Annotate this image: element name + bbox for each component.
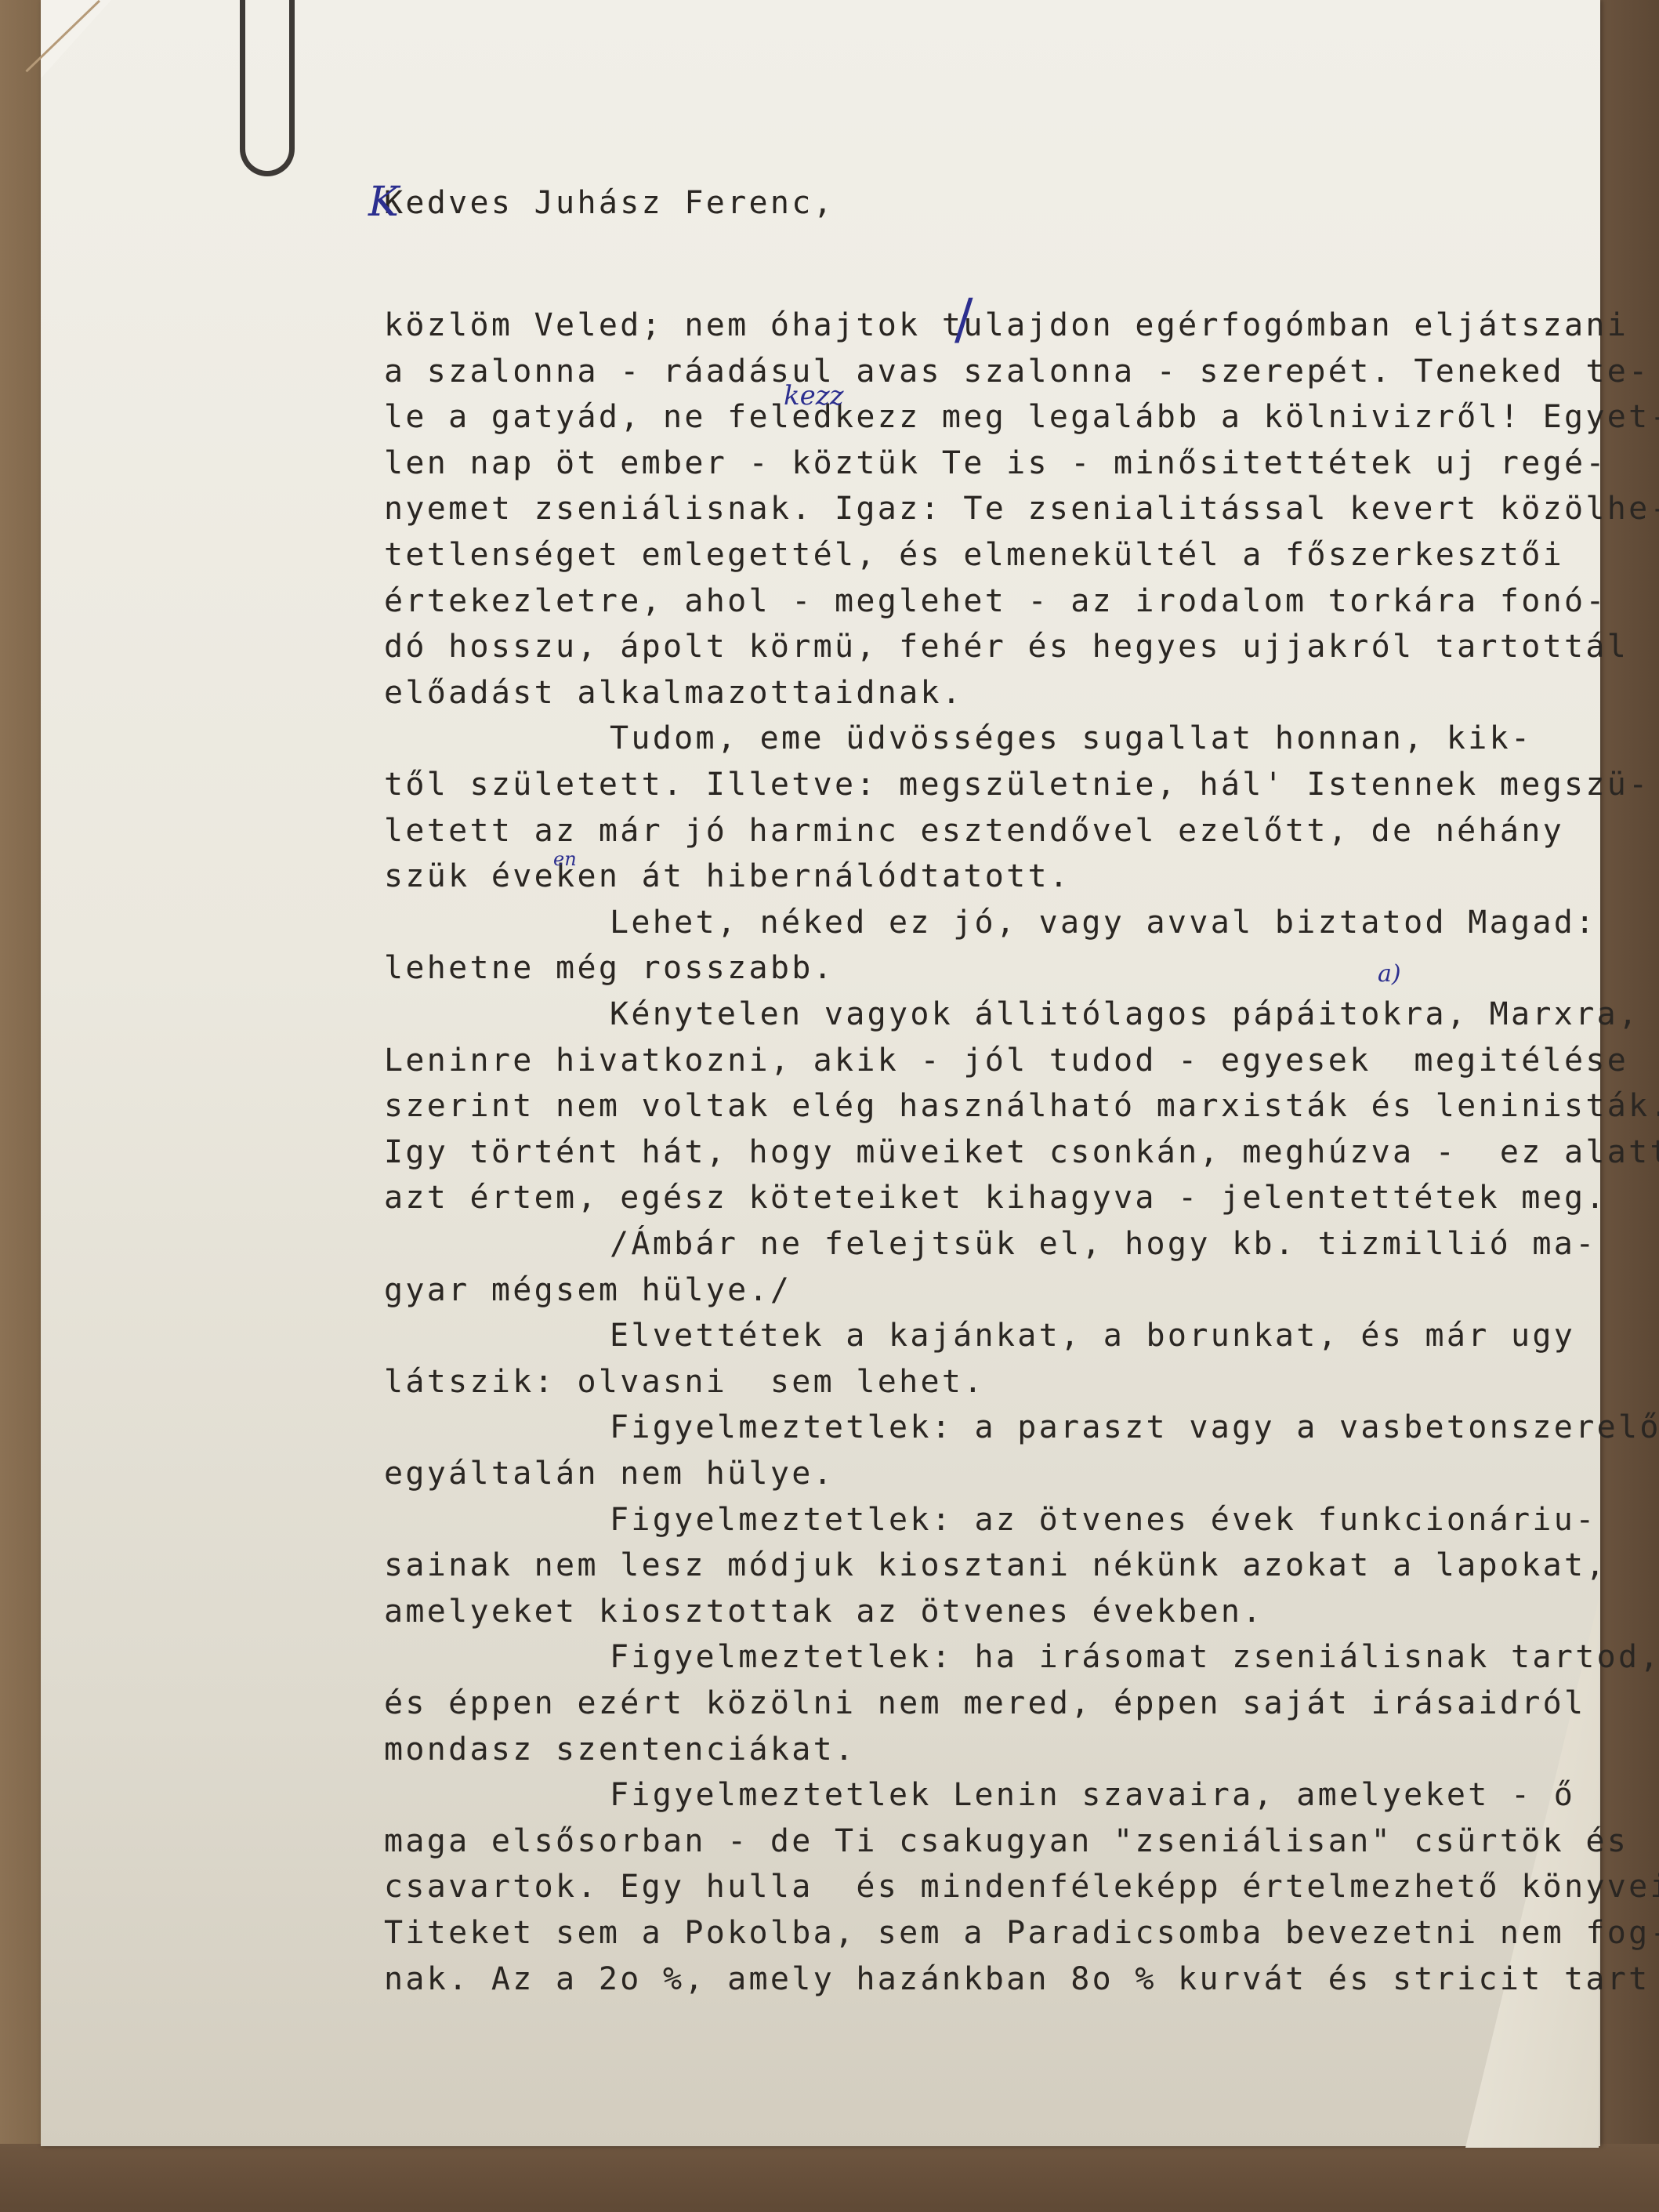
- typed-line: Figyelmeztetlek: ha irásomat zseniálisna…: [610, 1639, 1659, 1675]
- typed-line: egyáltalán nem hülye.: [384, 1456, 835, 1492]
- cardboard-background-bottom: [0, 2144, 1659, 2212]
- typed-line: szerint nem voltak elég használható marx…: [384, 1088, 1659, 1124]
- typed-line: Lehet, néked ez jó, vagy avval biztatod …: [610, 905, 1597, 941]
- handwritten-correction-k: K: [368, 179, 399, 226]
- handwritten-correction-a: a): [1378, 960, 1401, 988]
- typed-line: len nap öt ember - köztük Te is - minősi…: [384, 445, 1607, 481]
- typed-line: Tudom, eme üdvösséges sugallat honnan, k…: [610, 720, 1532, 756]
- typed-line: látszik: olvasni sem lehet.: [384, 1364, 985, 1400]
- typed-line: és éppen ezért közölni nem mered, éppen …: [384, 1685, 1585, 1721]
- typed-line: Titeket sem a Pokolba, sem a Paradicsomb…: [384, 1915, 1659, 1951]
- typed-line: /Ámbár ne felejtsük el, hogy kb. tizmill…: [610, 1226, 1597, 1262]
- typed-line: Elvettétek a kajánkat, a borunkat, és má…: [610, 1318, 1575, 1354]
- typed-line: csavartok. Egy hulla és mindenféleképp é…: [384, 1869, 1659, 1905]
- typed-line: sainak nem lesz módjuk kiosztani nékünk …: [384, 1547, 1607, 1583]
- salutation: Kedves Juhász Ferenc,: [384, 185, 835, 221]
- typed-line: dó hosszu, ápolt körmü, fehér és hegyes …: [384, 629, 1628, 665]
- cardboard-background-left: [0, 0, 47, 2212]
- typed-line: közlöm Veled; nem óhajtok tulajdon egérf…: [384, 307, 1628, 343]
- typed-line: Figyelmeztetlek: a paraszt vagy a vasbet…: [610, 1409, 1659, 1445]
- typed-line: értekezletre, ahol - meglehet - az iroda…: [384, 583, 1607, 619]
- typed-line: le a gatyád, ne feledkezz meg legalább a…: [384, 399, 1659, 435]
- typed-line: maga elsősorban - de Ti csakugyan "zseni…: [384, 1823, 1628, 1859]
- typed-line: azt értem, egész köteteiket kihagyva - j…: [384, 1180, 1607, 1216]
- typed-line: gyar mégsem hülye./: [384, 1272, 791, 1308]
- typed-line: től született. Illetve: megszületnie, há…: [384, 767, 1650, 803]
- typed-line: lehetne még rosszabb.: [384, 950, 835, 986]
- typed-line: a szalonna - ráadásul avas szalonna - sz…: [384, 354, 1650, 390]
- typed-line: tetlenséget emlegettél, és elmenekültél …: [384, 537, 1564, 573]
- typed-line: nyemet zseniálisnak. Igaz: Te zsenialitá…: [384, 491, 1659, 527]
- handwritten-word-separator: /: [954, 287, 973, 351]
- typed-line: Leninre hivatkozni, akik - jól tudod - e…: [384, 1043, 1628, 1079]
- typed-line: nak. Az a 2o %, amely hazánkban 8o % kur…: [384, 1961, 1650, 1997]
- handwritten-correction-kezz: kezz: [784, 380, 844, 412]
- paperclip-icon: [240, 0, 295, 176]
- typed-line: Figyelmeztetlek: az ötvenes évek funkcio…: [610, 1502, 1597, 1538]
- typed-line: Kénytelen vagyok állitólagos pápáitokra,…: [610, 996, 1639, 1032]
- handwritten-correction-en: en: [553, 848, 577, 870]
- typed-line: szük éveken át hibernálódtatott.: [384, 858, 1070, 894]
- typed-line: letett az már jó harminc esztendővel eze…: [384, 813, 1564, 849]
- typed-line: amelyeket kiosztottak az ötvenes években…: [384, 1594, 1264, 1630]
- typed-line: Figyelmeztetlek Lenin szavaira, amelyeke…: [610, 1777, 1575, 1813]
- typed-line: Igy történt hát, hogy müveiket csonkán, …: [384, 1134, 1659, 1170]
- typed-line: előadást alkalmazottaidnak.: [384, 675, 963, 711]
- typed-line: mondasz szentenciákat.: [384, 1732, 856, 1768]
